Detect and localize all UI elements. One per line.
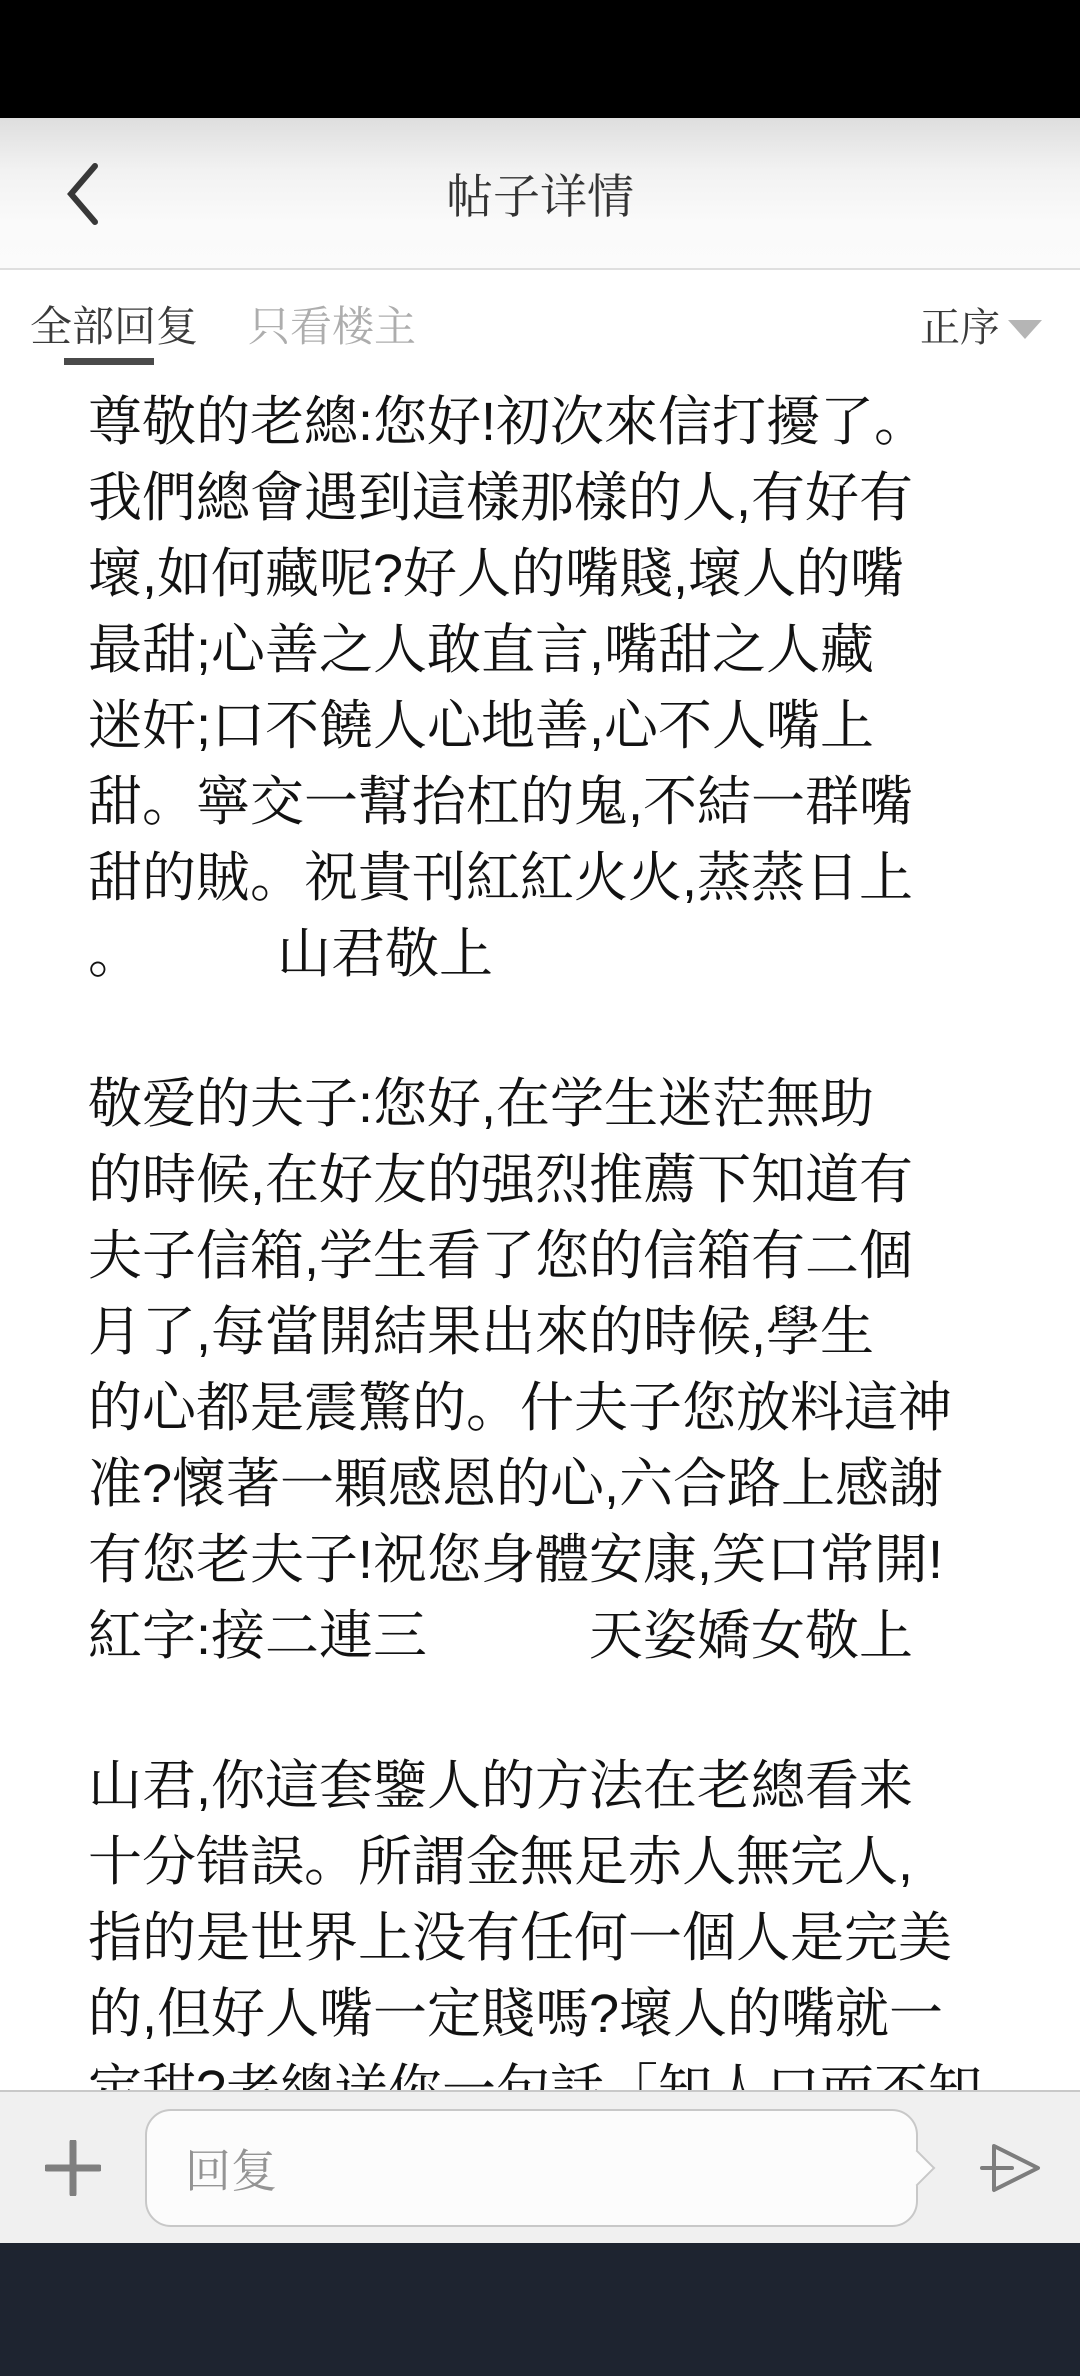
tab-bar: 全部回复 只看楼主 正序 <box>0 272 1080 384</box>
send-button[interactable] <box>978 2139 1046 2197</box>
post-paragraph-1: 尊敬的老總:您好!初次來信打擾了。 我們總會遇到這樣那樣的人,有好有 壞,如何藏… <box>88 384 1023 992</box>
post-detail-screen: 帖子详情 全部回复 只看楼主 正序 尊敬的老總:您好!初次來信打擾了。 我們總會… <box>0 0 1080 2376</box>
post-paragraph-2: 敬爱的夫子:您好,在学生迷茫無助 的時候,在好友的强烈推薦下知道有 夫子信箱,学… <box>88 1066 1023 1674</box>
status-bar <box>0 0 1080 118</box>
reply-input-placeholder: 回复 <box>185 2135 277 2201</box>
add-attachment-button[interactable] <box>45 2140 101 2196</box>
tab-all-replies[interactable]: 全部回复 <box>30 294 198 354</box>
plus-icon <box>45 2140 101 2196</box>
page-title: 帖子详情 <box>0 118 1080 268</box>
send-icon <box>978 2139 1046 2197</box>
chevron-down-icon <box>1008 320 1042 339</box>
app-header: 帖子详情 <box>0 118 1080 270</box>
reply-bar: 回复 <box>0 2090 1080 2243</box>
active-tab-underline <box>64 358 154 365</box>
navigation-bar-area <box>0 2243 1080 2376</box>
post-content: 尊敬的老總:您好!初次來信打擾了。 我們總會遇到這樣那樣的人,有好有 壞,如何藏… <box>88 384 1023 2202</box>
sort-order-label: 正序 <box>920 296 1000 353</box>
sort-order-button[interactable]: 正序 <box>920 296 1042 353</box>
reply-input[interactable]: 回复 <box>145 2109 918 2227</box>
input-bubble-tail <box>899 2149 936 2186</box>
post-paragraph-3: 山君,你這套鑒人的方法在老總看来 十分错誤。所謂金無足赤人無完人, 指的是世界上… <box>88 1748 1023 2128</box>
tab-only-op[interactable]: 只看楼主 <box>248 294 416 354</box>
